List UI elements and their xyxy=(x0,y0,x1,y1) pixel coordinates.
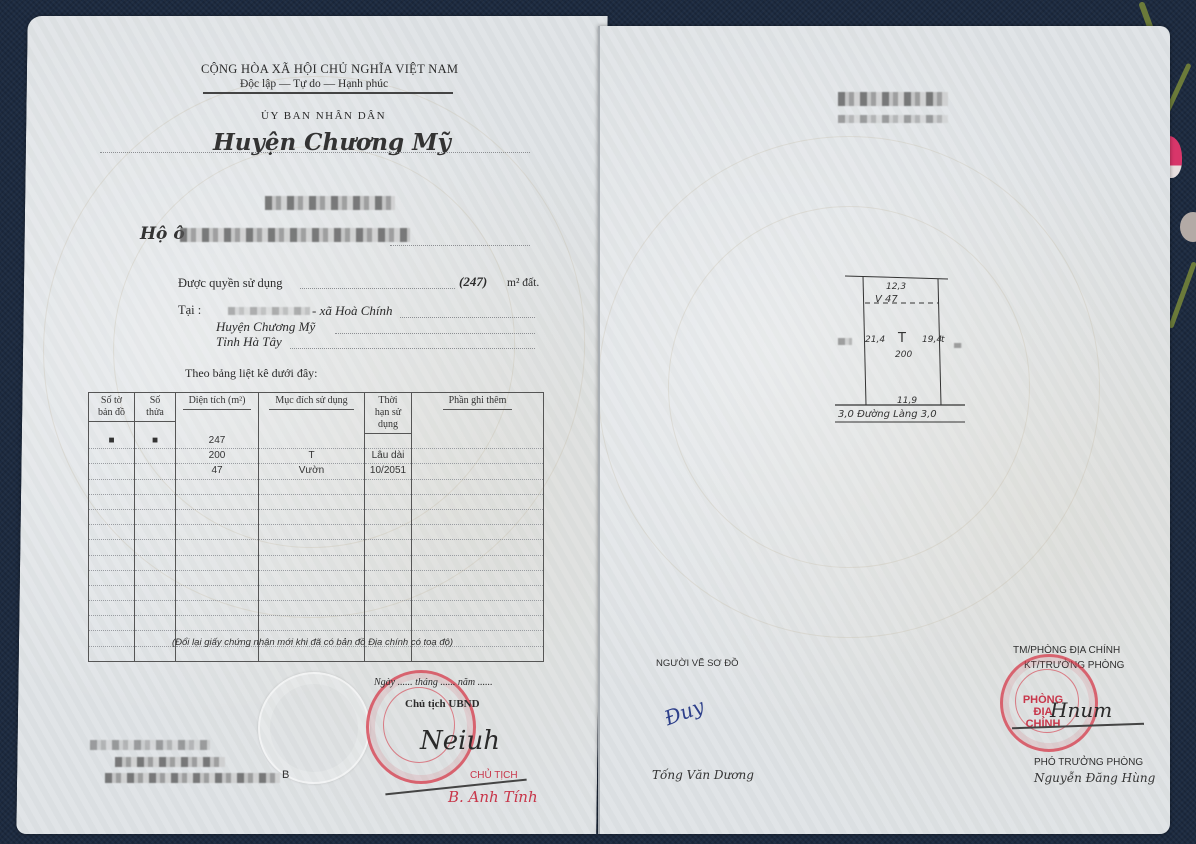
deputy-title: PHÓ TRƯỞNG PHÒNG xyxy=(1034,757,1143,768)
land-parcel-table: Số tờ bản đồ Số thửa Diện tích (m²) Mục … xyxy=(88,392,544,662)
col-term: Thời hạn sử dụng xyxy=(365,393,412,435)
sketch-land-type: T xyxy=(898,331,906,346)
drawer-name: Tống Văn Dương xyxy=(652,768,754,782)
embossed-seal-icon xyxy=(258,672,370,784)
col-area: Diện tích (m²) xyxy=(176,393,259,435)
table-row: ■■247 xyxy=(89,434,544,449)
location-province: Tỉnh Hà Tây xyxy=(216,334,282,350)
redacted-village xyxy=(228,307,310,315)
redacted-serial-3 xyxy=(105,773,280,783)
area-label: Được quyền sử dụng xyxy=(178,276,283,291)
sketch-top-width: 12,3 xyxy=(886,282,906,292)
drawer-title: NGƯỜI VẼ SƠ ĐỒ xyxy=(656,658,738,669)
chairman-signature: Neiuh xyxy=(420,726,500,756)
redacted-certificate-number xyxy=(838,92,948,106)
table-footnote: (Đổi lại giấy chứng nhận mới khi đã có b… xyxy=(172,637,453,648)
deputy-name: Nguyễn Đăng Hùng xyxy=(1034,771,1155,785)
deputy-signature: Hnum xyxy=(1050,698,1112,722)
sketch-garden-label: V 47 xyxy=(875,294,898,305)
issuer-label: ỦY BAN NHÂN DÂN xyxy=(261,110,386,122)
table-row: 200TLâu dài xyxy=(89,449,544,464)
office-title-1: TM/PHÒNG ĐỊA CHÍNH xyxy=(1013,645,1120,656)
national-header: CỘNG HÒA XÃ HỘI CHỦ NGHĨA VIỆT NAM xyxy=(201,62,458,77)
col-purpose: Mục đích sử dụng xyxy=(259,393,365,435)
sketch-left-side: 21,4 xyxy=(865,335,885,345)
redacted-serial-1 xyxy=(90,740,210,750)
table-intro: Theo bảng liệt kê dưới đây: xyxy=(185,366,317,381)
sketch-bottom-width: 11,9 xyxy=(897,396,917,406)
page-fold xyxy=(598,26,600,834)
sketch-road: 3,0 Đường Làng 3,0 xyxy=(838,409,937,420)
serial-suffix: B xyxy=(282,769,289,781)
sketch-right-mark: t xyxy=(941,335,945,345)
signer-title: Chủ tịch UBND xyxy=(405,698,480,710)
chairman-name-handwritten: B. Anh Tính xyxy=(448,788,538,806)
redacted-certificate-number-2 xyxy=(838,115,948,123)
col-map-sheet: Số tờ bản đồ xyxy=(89,393,135,435)
header-rule xyxy=(203,92,453,94)
area-unit: m² đất. xyxy=(507,277,539,289)
location-commune: - xã Hoà Chính xyxy=(312,303,393,319)
signing-date: Ngày ...... tháng ...... năm ...... xyxy=(374,677,493,688)
area-value: (247) xyxy=(459,274,487,290)
sketch-land-area: 200 xyxy=(895,350,912,360)
location-district: Huyện Chương Mỹ xyxy=(216,319,315,335)
national-motto: Độc lập — Tự do — Hạnh phúc xyxy=(240,78,388,90)
table-row: 47Vườn10/2051 xyxy=(89,464,544,479)
col-notes: Phần ghi thêm xyxy=(412,393,544,435)
stamp-caption: CHỦ TỊCH xyxy=(470,770,518,781)
sketch-right-side: 19,4 xyxy=(922,335,942,345)
redacted-serial-2 xyxy=(115,757,225,767)
redacted-name xyxy=(265,196,395,210)
holder-prefix: Hộ ô xyxy=(140,224,185,244)
col-parcel-no: Số thửa xyxy=(135,393,176,435)
location-label: Tại : xyxy=(178,303,201,318)
redacted-holder xyxy=(180,228,410,242)
